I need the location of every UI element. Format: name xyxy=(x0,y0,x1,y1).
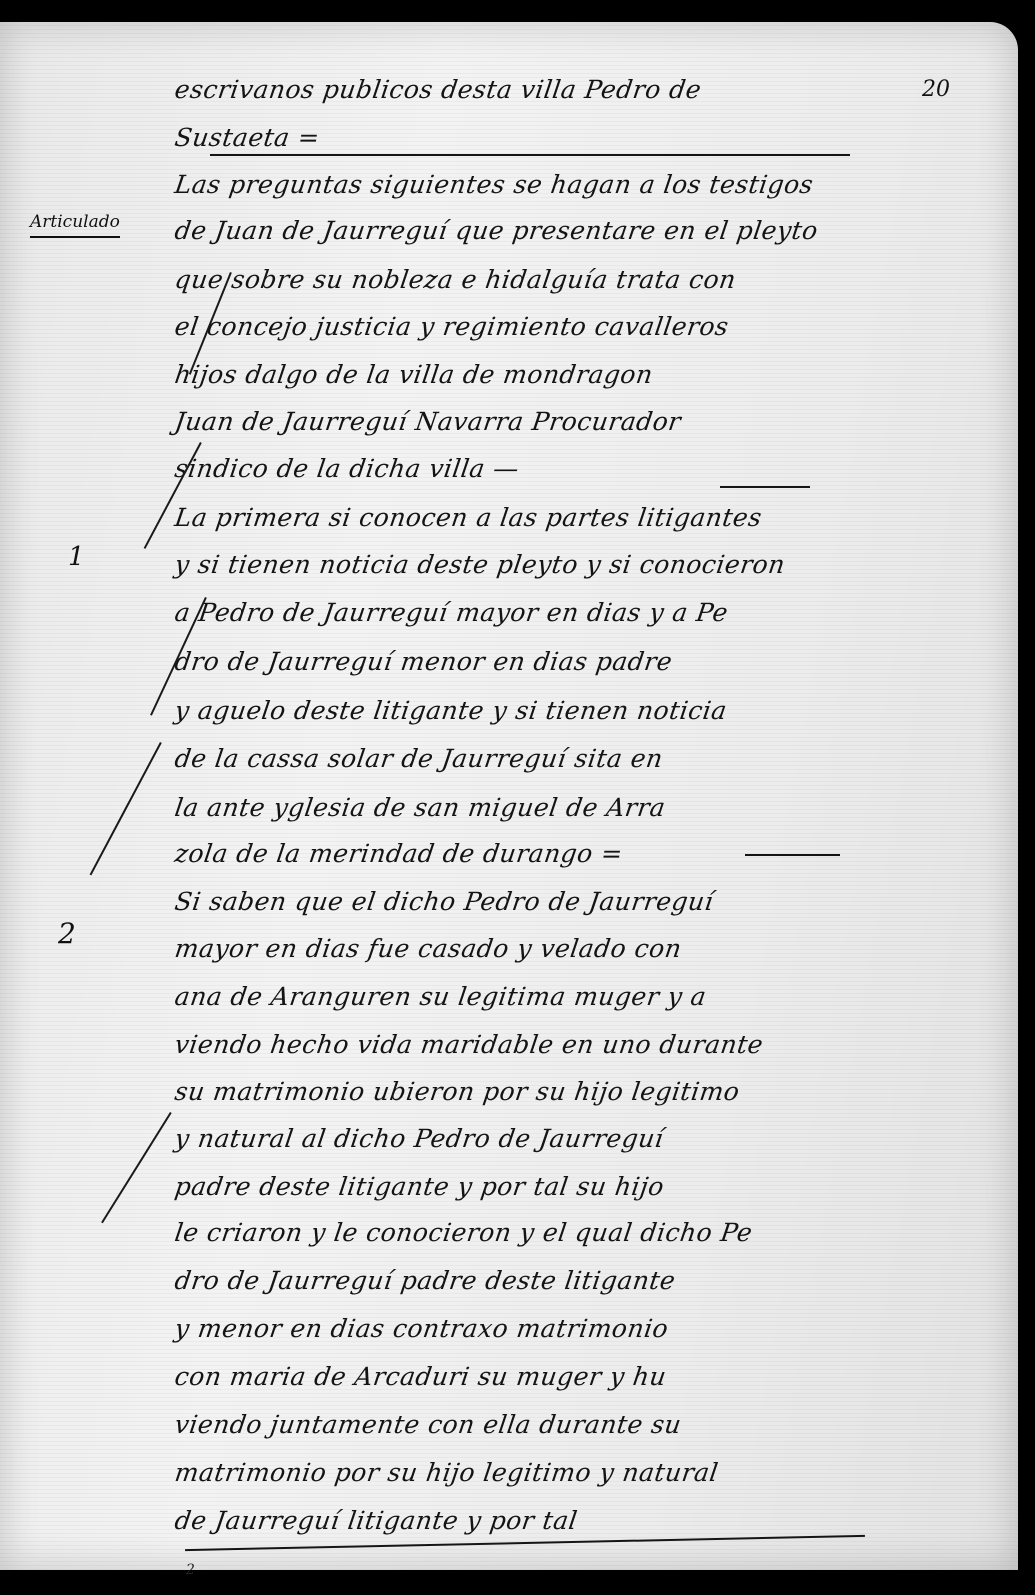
manuscript-line: matrimonio por su hijo legitimo y natura… xyxy=(173,1458,877,1487)
flourish-stroke xyxy=(101,1112,172,1223)
closing-rule xyxy=(185,1535,865,1551)
manuscript-line: la ante yglesia de san miguel de Arra xyxy=(173,793,877,822)
question-number-2: 2 xyxy=(58,917,76,950)
manuscript-line: La primera si conocen a las partes litig… xyxy=(173,503,877,532)
margin-heading: Articulado xyxy=(30,212,120,238)
line-filler-rule xyxy=(720,486,810,488)
manuscript-line: padre deste litigante y por tal su hijo xyxy=(173,1172,877,1201)
manuscript-line: y natural al dicho Pedro de Jaurreguí xyxy=(173,1124,877,1153)
line-filler-rule xyxy=(210,154,850,156)
manuscript-line: a Pedro de Jaurreguí mayor en dias y a P… xyxy=(173,598,877,627)
manuscript-line: con maria de Arcaduri su muger y hu xyxy=(173,1362,877,1391)
manuscript-line: Juan de Jaurreguí Navarra Procurador xyxy=(173,407,877,436)
manuscript-line: Sustaeta = xyxy=(173,123,877,152)
manuscript-line: hijos dalgo de la villa de mondragon xyxy=(173,360,877,389)
manuscript-line: de Jaurreguí litigante y por tal xyxy=(173,1506,877,1535)
manuscript-line: que sobre su nobleza e hidalguía trata c… xyxy=(173,265,877,294)
manuscript-line: le criaron y le conocieron y el qual dic… xyxy=(173,1218,877,1247)
manuscript-page: 20 Articulado 1 2 escrivanos publicos de… xyxy=(0,22,1018,1570)
manuscript-line: Si saben que el dicho Pedro de Jaurreguí xyxy=(173,887,877,916)
manuscript-line: viendo hecho vida maridable en uno duran… xyxy=(173,1030,877,1059)
footer-mark: 2 xyxy=(186,1562,195,1578)
manuscript-line: de la cassa solar de Jaurreguí sita en xyxy=(173,744,877,773)
flourish-stroke xyxy=(144,442,202,549)
manuscript-line: y si tienen noticia deste pleyto y si co… xyxy=(173,550,877,579)
manuscript-line: y menor en dias contraxo matrimonio xyxy=(173,1314,877,1343)
manuscript-line: viendo juntamente con ella durante su xyxy=(173,1410,877,1439)
manuscript-line: Las preguntas siguientes se hagan a los … xyxy=(173,170,877,199)
manuscript-line: escrivanos publicos desta villa Pedro de xyxy=(173,75,877,104)
manuscript-line: sindico de la dicha villa — xyxy=(173,454,877,483)
flourish-stroke xyxy=(90,742,162,875)
manuscript-line: ana de Aranguren su legitima muger y a xyxy=(173,982,877,1011)
manuscript-line: de Juan de Jaurreguí que presentare en e… xyxy=(173,216,877,245)
manuscript-line: dro de Jaurreguí padre deste litigante xyxy=(173,1266,877,1295)
question-number-1: 1 xyxy=(68,542,85,572)
folio-number: 20 xyxy=(922,77,950,102)
manuscript-line: dro de Jaurreguí menor en dias padre xyxy=(173,647,877,676)
manuscript-line: el concejo justicia y regimiento cavalle… xyxy=(173,312,877,341)
manuscript-line: y aguelo deste litigante y si tienen not… xyxy=(173,696,877,725)
manuscript-line: mayor en dias fue casado y velado con xyxy=(173,934,877,963)
line-filler-rule xyxy=(745,854,840,856)
manuscript-line: su matrimonio ubieron por su hijo legiti… xyxy=(173,1077,877,1106)
